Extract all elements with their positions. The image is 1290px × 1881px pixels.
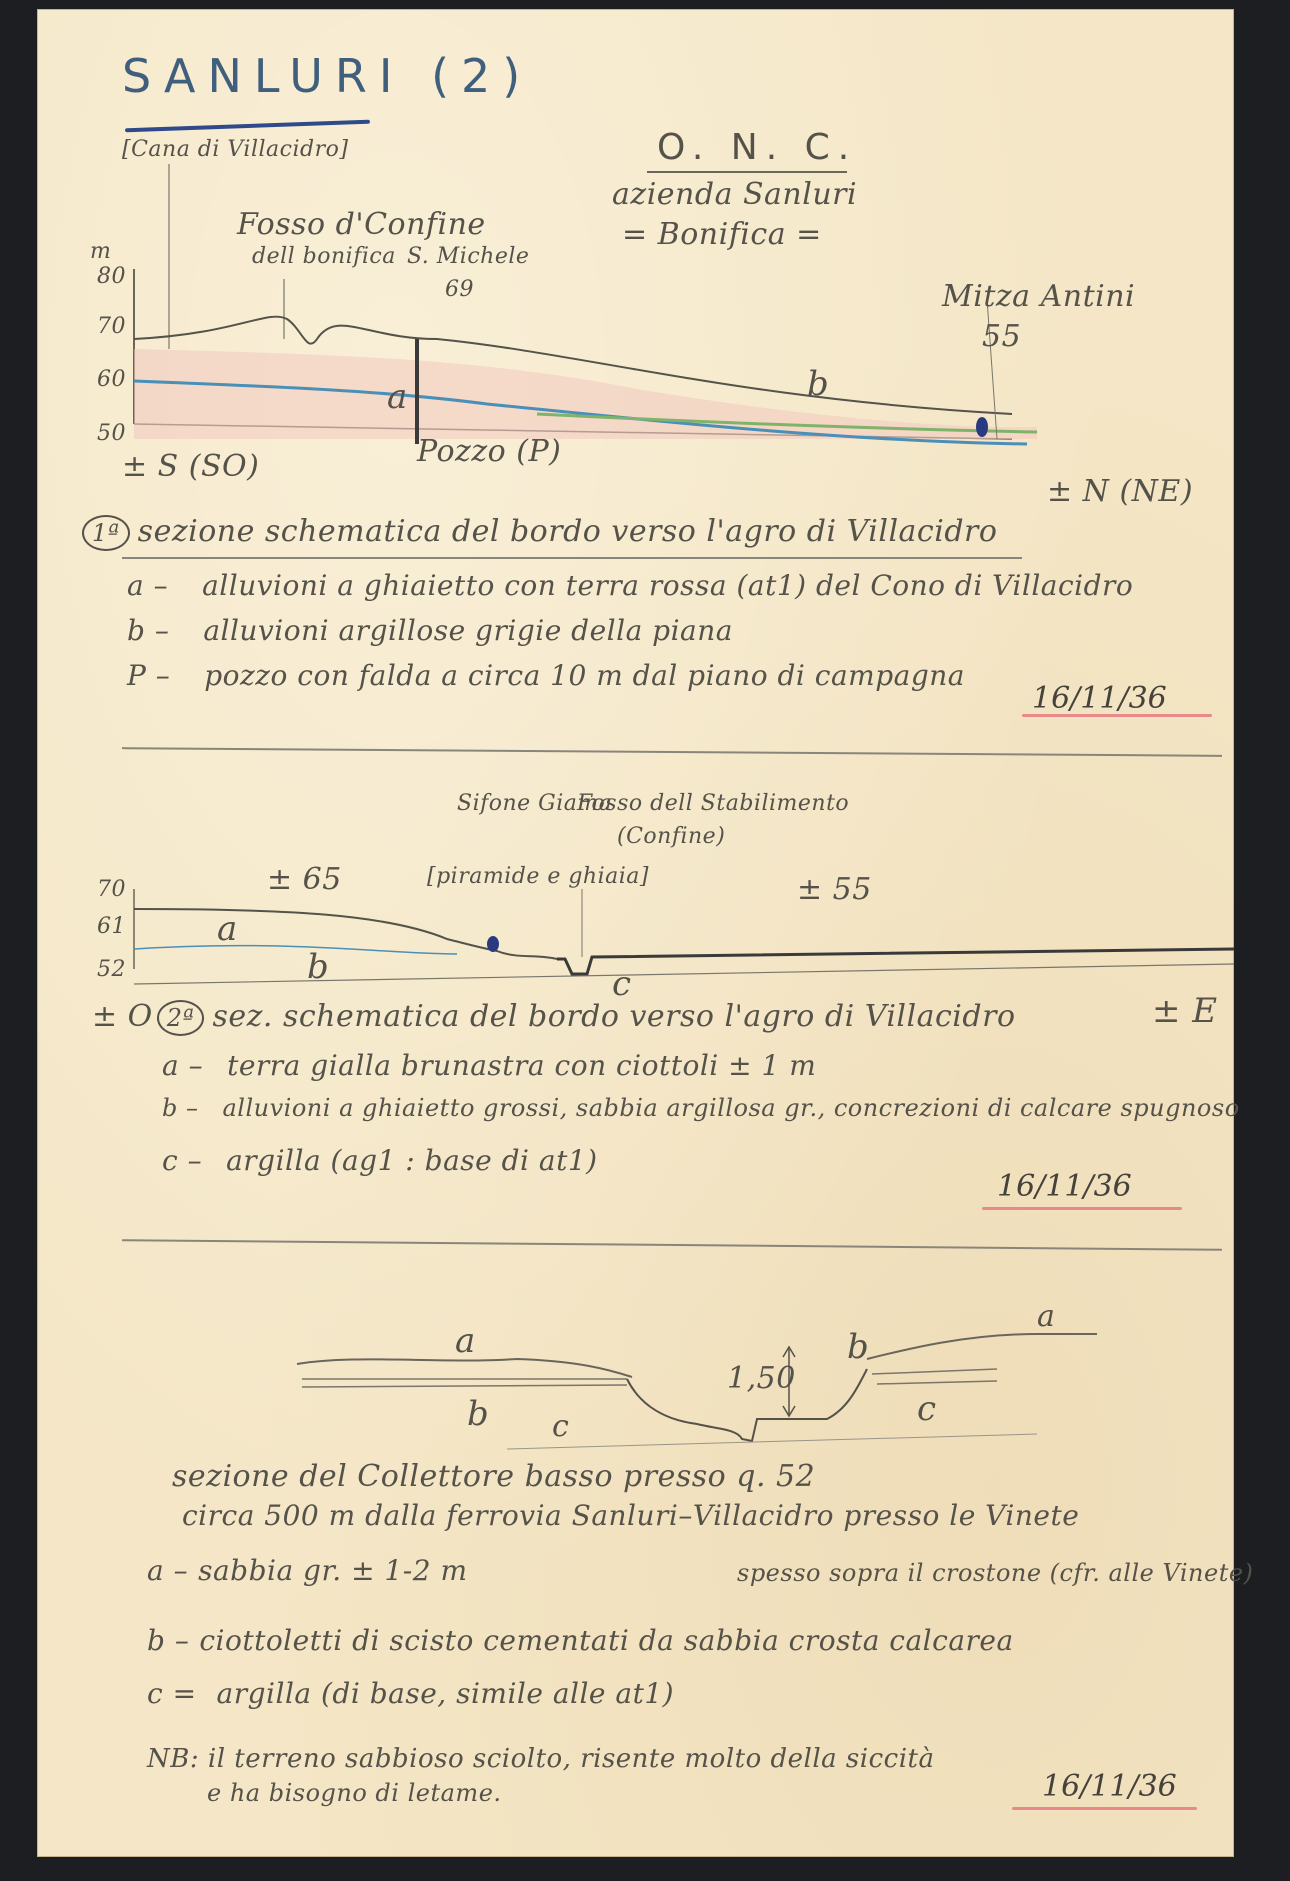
date-underline <box>1012 1807 1197 1810</box>
section3-layer-b-left: b <box>467 1394 489 1434</box>
section3-caption-2: circa 500 m dalla ferrovia Sanluri–Villa… <box>182 1499 1079 1532</box>
notebook-page: SANLURI (2) [Cana di Villacidro] O. N. C… <box>37 9 1234 1857</box>
section3-layer-c-left: c <box>552 1409 569 1444</box>
section3-legend-a-note: spesso sopra il crostone (cfr. alle Vine… <box>737 1559 1253 1587</box>
section3-caption-1: sezione del Collettore basso presso q. 5… <box>172 1459 815 1494</box>
section3-layer-a-right: a <box>1037 1299 1055 1334</box>
section3-legend-c: c =argilla (di base, simile alle at1) <box>147 1677 674 1710</box>
section3-date: 16/11/36 <box>1042 1769 1177 1804</box>
section3-layer-b-right: b <box>847 1327 869 1367</box>
nb-note-2: e ha bisogno di letame. <box>207 1779 502 1807</box>
section3-layer-a-left: a <box>455 1321 476 1361</box>
section3-layer-c-right: c <box>917 1389 937 1429</box>
section3-legend-a: a –sabbia gr. ± 1-2 m <box>147 1554 468 1587</box>
nb-note-1: NB: il terreno sabbioso sciolto, risente… <box>147 1744 934 1774</box>
section3-legend-b: b –ciottoletti di scisto cementati da sa… <box>147 1624 1014 1657</box>
cross-section-3-sketch <box>37 9 1234 1509</box>
depth-label: 1,50 <box>727 1361 796 1396</box>
